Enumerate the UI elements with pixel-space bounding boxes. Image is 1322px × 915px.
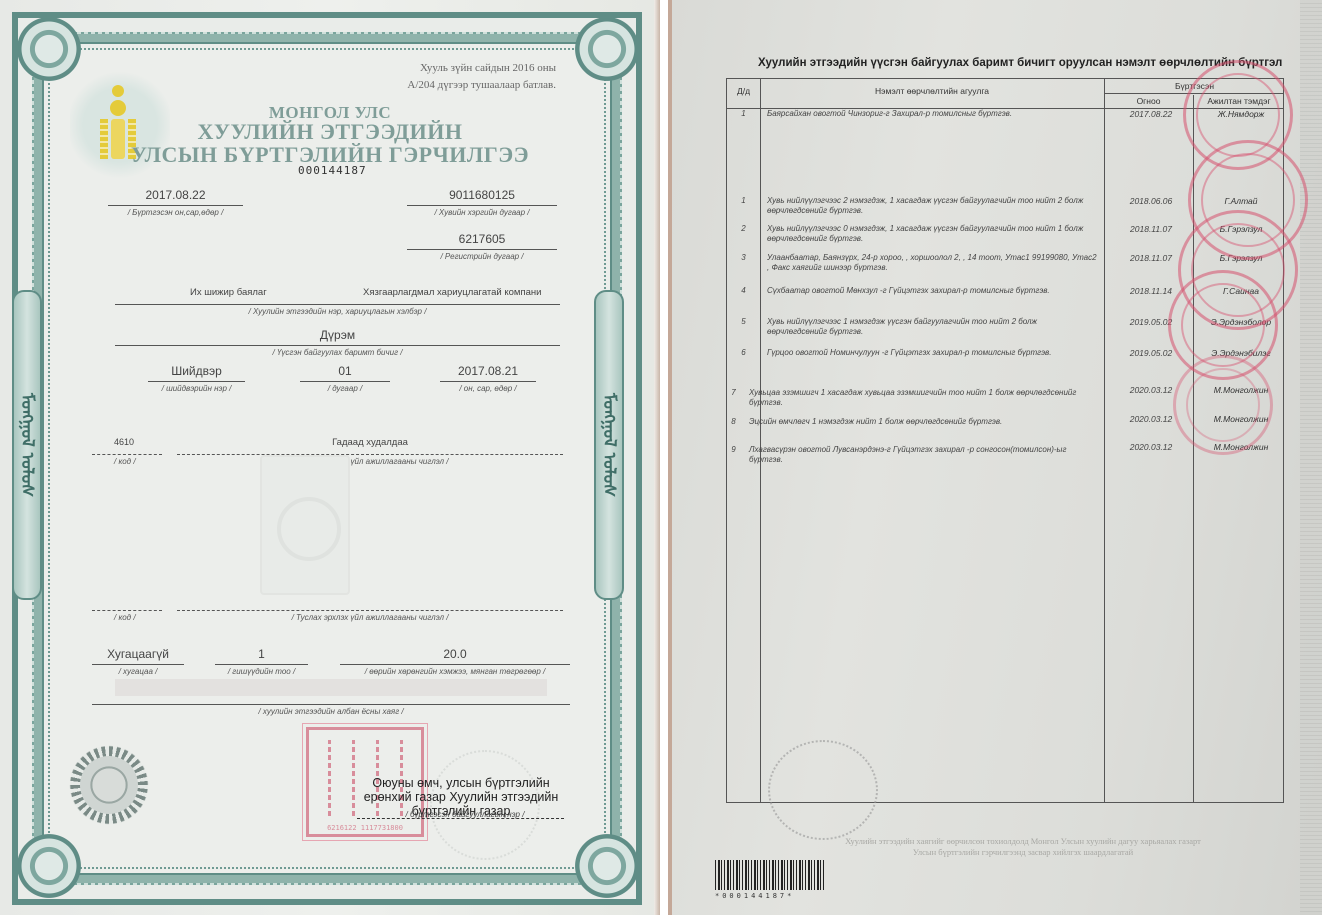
watermark: [260, 455, 350, 595]
mongolian-script-band-right: ᠮᠣᠩᠭᠣᠯ ᠤᠯᠤᠰ: [594, 290, 624, 600]
row-number: 2: [727, 224, 760, 233]
equity-capital-field: 20.0 / өөрийн хөрөнгийн хэмжээ, мянган т…: [340, 647, 570, 676]
row-number: 5: [727, 317, 760, 326]
barcode-text: *000144187*: [715, 892, 825, 900]
header-date: Огноо: [1104, 96, 1193, 106]
side-script-text: ᠮᠣᠩᠭᠣᠯ ᠤᠯᠤᠰ: [12, 393, 42, 497]
main-activity-code-field: 4610 / код /: [92, 437, 162, 466]
mongolian-script-band-left: ᠮᠣᠩᠭᠣᠯ ᠤᠯᠤᠰ: [12, 290, 42, 600]
row-date: 2017.08.22: [1111, 109, 1191, 119]
secondary-activity-field: / Туслах эрхлэх үйл ажиллагааны чиглэл /: [177, 593, 563, 622]
corner-ornament-icon: [572, 831, 642, 901]
faint-seal: [768, 740, 878, 840]
row-number: 4: [727, 286, 760, 295]
row-date: 2020.03.12: [1111, 442, 1191, 452]
corner-ornament-icon: [572, 14, 642, 84]
decision-date-field: 2017.08.21 / он, сар, өдөр /: [440, 364, 536, 393]
red-seal-icon: [1173, 355, 1273, 455]
row-number: 6: [727, 348, 760, 357]
row-number: 7: [717, 388, 750, 397]
footnote: Хуулийн этгээдийн хаягийг өөрчилсөн тохи…: [763, 836, 1283, 858]
header-content: Нэмэлт өөрчлөлтийн агуулга: [760, 86, 1104, 96]
security-rosette-core: [80, 756, 138, 814]
certificate-photo: ᠮᠣᠩᠭᠣᠯ ᠤᠯᠤᠰ ᠮᠣᠩᠭᠣᠯ ᠤᠯᠤᠰ Хууль зүйн сайды…: [0, 0, 660, 915]
register-photo: Хуулийн этгээдийн үүсгэн байгуулах барим…: [668, 0, 1322, 915]
row-content: Хувь нийлүүлэгчээс 1 нэмэгдэж үүсгэн бай…: [767, 317, 1097, 337]
founding-document-field: Дүрэм / Үүсгэн байгуулах баримт бичиг /: [115, 328, 560, 357]
liability-form: Хязгаарлагдмал хариуцлагатай компани: [363, 287, 541, 298]
row-content: Гүрцоо овогтой Номинчулуун -г Гүйцэтгэх …: [767, 348, 1097, 358]
approval-note: Хууль зүйн сайдын 2016 оны А/204 дүгээр …: [407, 60, 556, 94]
header-no: Д/д: [727, 86, 760, 96]
issuer-label: / бүртгэсэн байгууллагын нэр /: [380, 810, 550, 819]
decision-name-field: Шийдвэр / шийдвэрийн нэр /: [148, 364, 245, 393]
row-content: Хувь нийлүүлэгчээс 0 нэмэгдэж, 1 хасагда…: [767, 224, 1097, 244]
row-date: 2018.11.07: [1111, 224, 1191, 234]
corner-ornament-icon: [14, 831, 84, 901]
row-content: Улаанбаатар, Баянзүрх, 24-р хороо, , хор…: [767, 253, 1097, 273]
serial-number: 000144187: [298, 164, 367, 177]
row-content: Эцсийн өмчлөгч 1 нэмэгдэж нийт 1 болж өө…: [749, 417, 1079, 427]
duration-field: Хугацаагүй / хугацаа /: [92, 647, 184, 676]
entity-name: Их шижир баялаг: [190, 287, 267, 298]
row-number: 8: [717, 417, 750, 426]
official-address-field: / хуулийн этгээдийн албан ёсны хаяг /: [92, 687, 570, 716]
row-content: Хувьцаа эзэмшигч 1 хасагдаж хувьцаа эзэм…: [749, 388, 1079, 408]
case-number-field: 9011680125 / Хувийн хэргийн дугаар /: [407, 188, 557, 217]
entity-name-field: Их шижир баялаг Хязгаарлагдмал хариуцлаг…: [115, 287, 560, 316]
row-number: 1: [727, 196, 760, 205]
row-date: 2018.06.06: [1111, 196, 1191, 206]
secondary-activity-code-field: / код /: [92, 593, 162, 622]
corner-ornament-icon: [14, 14, 84, 84]
side-script-text: ᠮᠣᠩᠭᠣᠯ ᠤᠯᠤᠰ: [594, 393, 624, 497]
row-content: Сүхбаатар овогтой Мөнхзул -г Гүйцэтгэх з…: [767, 286, 1097, 296]
registration-date-field: 2017.08.22 / Бүртгэсэн он,сар,өдөр /: [108, 188, 243, 217]
decision-number-field: 01 / дугаар /: [300, 364, 390, 393]
row-number: 9: [717, 445, 750, 454]
member-count-field: 1 / гишүүдийн тоо /: [215, 647, 308, 676]
row-content: Баярсайхан овогтой Чинзориг-г Захирал-р …: [767, 109, 1097, 119]
stamp-number: 6216122 1117731800: [315, 824, 415, 832]
row-number: 3: [727, 253, 760, 262]
register-number-field: 6217605 / Регистрийн дугаар /: [407, 232, 557, 261]
barcode-icon: [715, 860, 825, 890]
row-content: Лхагвасүрэн овогтой Лувсанэрдэнэ-г Гүйцэ…: [749, 445, 1079, 465]
page-edge: [1300, 0, 1322, 915]
row-number: 1: [727, 109, 760, 118]
main-activity-field: Гадаад худалдаа / Үндсэн эрхлэх үйл ажил…: [177, 437, 563, 466]
row-content: Хувь нийлүүлэгчээс 2 нэмэгдэж, 1 хасагда…: [767, 196, 1097, 216]
